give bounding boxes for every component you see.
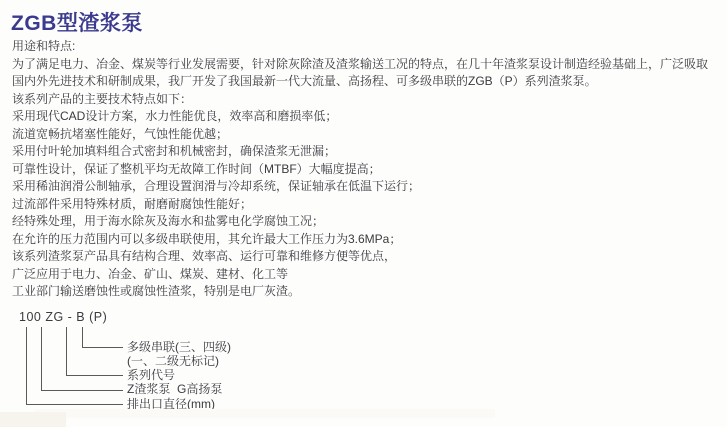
body-line: 在允许的压力范围内可以多级串联使用，其允许最大工作压力为3.6MPa； — [12, 231, 712, 249]
label-series-code: 系列代号 — [127, 369, 175, 382]
catalog-page: ZGB型渣浆泵 用途和特点: 为了满足电力、冶金、煤炭等行业发展需要，针对除灰除… — [0, 0, 727, 427]
body-line: 采用稀油润滑公制轴承，合理设置润滑与冷却系统，保证轴承在低温下运行； — [12, 178, 712, 196]
body-line: 该系列产品的主要技术特点如下： — [12, 91, 712, 109]
body-line: 过流部件采用特殊材质，耐磨耐腐蚀性能好； — [12, 196, 712, 214]
label-pump-type: Z渣浆泵 G高扬泵 — [127, 383, 222, 396]
body-line: 工业部门输送磨蚀性或腐蚀性渣浆，特别是电厂灰渣。 — [12, 283, 712, 301]
label-multistage-note: (一、二级无标记) — [127, 355, 219, 368]
body-line: 可靠性设计，保证了整机平均无故障工作时间（MTBF）大幅度提高； — [12, 161, 712, 179]
scan-artifact — [35, 409, 495, 418]
section-heading: 用途和特点: — [12, 38, 712, 56]
model-code: 100 ZG - B (P) — [19, 310, 107, 324]
body-line: 经特殊处理，用于海水除灰及海水和盐雾电化学腐蚀工况； — [12, 213, 712, 231]
body-line: 该系列渣浆泵产品具有结构合理、效率高、运行可靠和维修方便等优点， — [12, 248, 712, 266]
body-line: 为了满足电力、冶金、煤炭等行业发展需要，针对除灰除渣及渣浆输送工况的特点，在几十… — [12, 56, 712, 74]
page-title: ZGB型渣浆泵 — [11, 12, 143, 36]
scan-artifact — [0, 412, 66, 427]
body-line: 国内外先进技术和研制成果，我厂开发了我国最新一代大流量、高扬程、可多级串联的ZG… — [12, 73, 712, 91]
connector-multistage — [82, 327, 123, 348]
body-line: 采用付叶轮加填料组合式密封和机械密封，确保渣浆无泄漏； — [12, 143, 712, 161]
body-line: 采用现代CAD设计方案，水力性能优良，效率高和磨损率低； — [12, 108, 712, 126]
label-multistage: 多级串联(三、四级) — [127, 341, 231, 354]
body-line: 流道宽畅抗堵塞性能好，气蚀性能优越； — [12, 126, 712, 144]
body-line: 广泛应用于电力、冶金、矿山、煤炭、建材、化工等 — [12, 266, 712, 284]
body-text: 用途和特点: 为了满足电力、冶金、煤炭等行业发展需要，针对除灰除渣及渣浆输送工况… — [12, 38, 712, 301]
